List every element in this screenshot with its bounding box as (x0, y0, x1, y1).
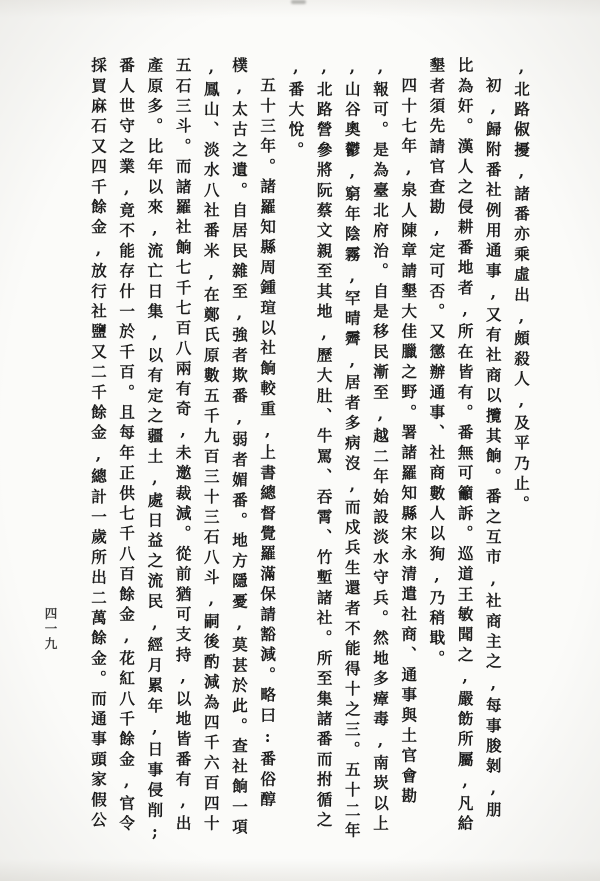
text-column-10: 五十三年。諸羅知縣周鍾瑄以社餉較重,上書總督覺羅滿保請豁減。略曰:番俗醇 (253, 57, 281, 853)
text-column-9: ,番大悅。 (281, 57, 309, 833)
text-column-3: 比為奸。漢人之侵耕番地者,所在皆有。番無可籲訴。巡道王敏聞之,嚴飭所屬,凡給 (450, 57, 478, 833)
text-column-2: 初,歸附番社例用通事,又有社商以攬其餉。番之互市,社商主之,每事朘剝,朋 (479, 57, 507, 853)
text-column-6: ,報可。是為臺北府治。自是移民漸至,越二年始設淡水守兵。然地多瘴毒,南崁以上 (366, 57, 394, 833)
text-block: ,北路俶擾,諸番亦乘虛出,頗殺人,及平乃止。初,歸附番社例用通事,又有社商以攬其… (84, 57, 535, 833)
scan-artifact (291, 0, 306, 4)
text-column-13: 五石三斗。而諸羅社餉七千七百八兩有奇,未邀裁減。從前猶可支持,以地皆番有,出 (168, 57, 196, 833)
text-column-7: ,山谷奧鬱,窮年陰霧,罕晴霽,居者多病沒,而戍兵生還者不能得十之三。五十二年 (338, 57, 366, 833)
text-column-4: 墾者須先請官查勘,定可否。又懲辦通事、社商數人以狥,乃稍戢。 (422, 57, 450, 833)
text-column-8: ,北路營參將阮蔡文親至其地,歷大肚、牛罵、吞霄、竹塹諸社。所至集諸番而拊循之 (309, 57, 337, 833)
page-number: 四一九 (41, 607, 59, 652)
text-column-1: ,北路俶擾,諸番亦乘虛出,頗殺人,及平乃止。 (507, 57, 535, 833)
text-column-16: 採買麻石又四千餘金,放行社鹽又二千餘金,總計一歲所出二萬餘金。而通事頭家假公 (84, 57, 112, 833)
text-column-12: ,鳳山、淡水八社番米,在鄭氏原數五千九百三十三石八斗,嗣後酌減為四千六百四十 (197, 57, 225, 833)
text-column-11: 樸,太古之遺。自居民雜至,強者欺番,弱者媚番。地方隱憂,莫甚於此。查社餉一項 (225, 57, 253, 833)
book-page: ,北路俶擾,諸番亦乘虛出,頗殺人,及平乃止。初,歸附番社例用通事,又有社商以攬其… (0, 0, 600, 881)
text-column-5: 四十七年,泉人陳章請墾大佳臘之野。署諸羅知縣宋永清遣社商、通事與土官會勘 (394, 57, 422, 853)
text-column-15: 番人世守之業,竟不能存什一於千百。且每年正供七千八百餘金,花紅八千餘金,官令 (112, 57, 140, 833)
text-column-14: 產原多。比年以來,流亡日集,以有定之疆土,處日益之流民,經月累年,日事侵削; (140, 57, 168, 833)
